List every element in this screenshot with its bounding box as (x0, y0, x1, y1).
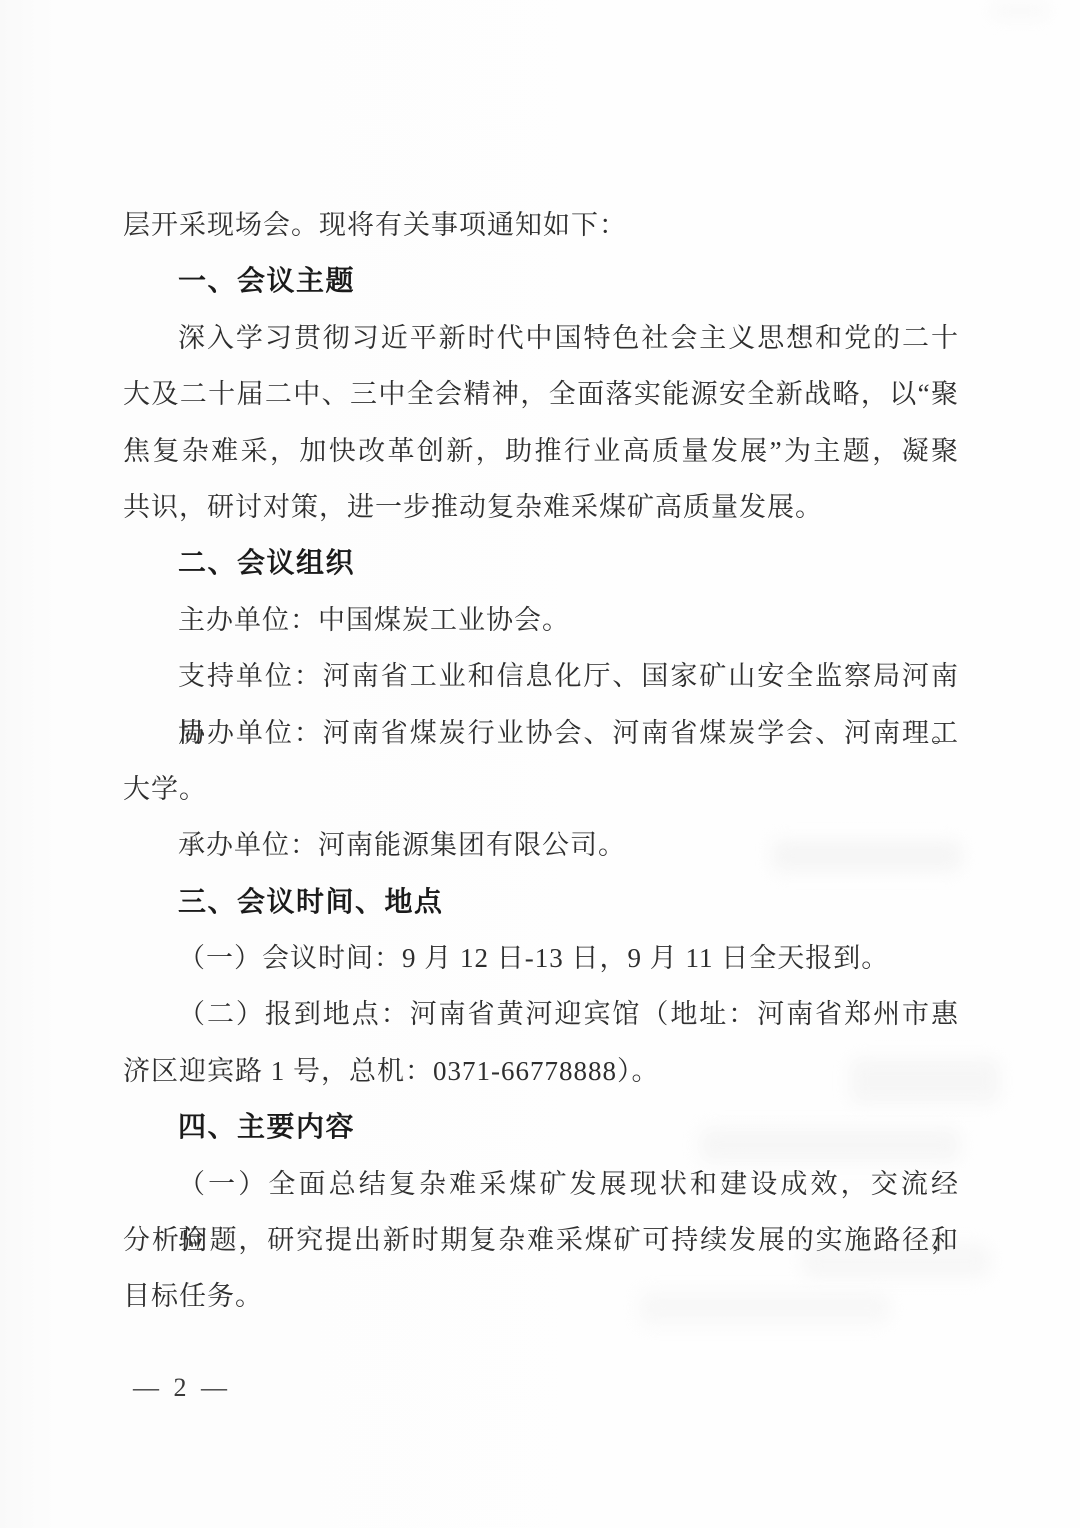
doc-line: 承办单位：河南能源集团有限公司。 (123, 817, 959, 873)
notice-body: 层开采现场会。现将有关事项通知如下： 一、会议主题 深入学习贯彻习近平新时代中国… (123, 197, 959, 1325)
section-heading: 三、会议时间、地点 (123, 874, 959, 930)
section-heading: 二、会议组织 (123, 535, 959, 591)
doc-line: 大学。 (123, 761, 959, 817)
doc-line: （二）报到地点：河南省黄河迎宾馆（地址：河南省郑州市惠 (123, 986, 959, 1042)
doc-line: 大及二十届二中、三中全会精神，全面落实能源安全新战略，以“聚 (123, 366, 959, 422)
scan-artifact (990, 2, 1050, 20)
doc-line: （一）会议时间：9 月 12 日-13 日，9 月 11 日全天报到。 (123, 930, 959, 986)
doc-line: 支持单位：河南省工业和信息化厅、国家矿山安全监察局河南局。 (123, 648, 959, 704)
doc-line: （一）全面总结复杂难采煤矿发展现状和建设成效，交流经验， (123, 1156, 959, 1212)
doc-line: 协办单位：河南省煤炭行业协会、河南省煤炭学会、河南理工 (123, 705, 959, 761)
doc-line: 深入学习贯彻习近平新时代中国特色社会主义思想和党的二十 (123, 310, 959, 366)
section-heading: 四、主要内容 (123, 1099, 959, 1155)
document-page: 层开采现场会。现将有关事项通知如下： 一、会议主题 深入学习贯彻习近平新时代中国… (0, 0, 1080, 1528)
doc-line: 济区迎宾路 1 号，总机：0371-66778888）。 (123, 1043, 959, 1099)
doc-line: 分析问题，研究提出新时期复杂难采煤矿可持续发展的实施路径和 (123, 1212, 959, 1268)
doc-line: 目标任务。 (123, 1268, 959, 1324)
doc-line: 层开采现场会。现将有关事项通知如下： (123, 197, 959, 253)
doc-line: 共识，研讨对策，进一步推动复杂难采煤矿高质量发展。 (123, 479, 959, 535)
page-number: — 2 — (133, 1368, 231, 1408)
doc-line: 焦复杂难采，加快改革创新，助推行业高质量发展”为主题，凝聚 (123, 423, 959, 479)
doc-line: 主办单位：中国煤炭工业协会。 (123, 592, 959, 648)
section-heading: 一、会议主题 (123, 253, 959, 309)
